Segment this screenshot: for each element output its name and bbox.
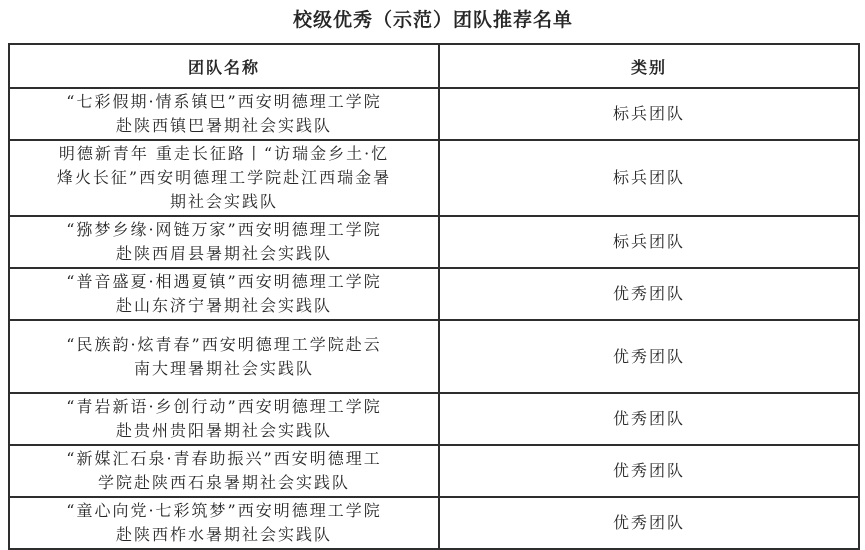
teams-table: 团队名称 类别 “七彩假期·情系镇巴”西安明德理工学院 赴陕西镇巴暑期社会实践队… [8, 43, 860, 550]
category-cell: 优秀团队 [439, 393, 859, 445]
team-name-cell: “七彩假期·情系镇巴”西安明德理工学院 赴陕西镇巴暑期社会实践队 [9, 88, 439, 140]
table-row: 明德新青年 重走长征路丨“访瑞金乡土·忆 烽火长征”西安明德理工学院赴江西瑞金暑… [9, 140, 859, 216]
table-header-row: 团队名称 类别 [9, 44, 859, 88]
team-name-cell: “童心向党·七彩筑梦”西安明德理工学院 赴陕西柞水暑期社会实践队 [9, 497, 439, 549]
category-cell: 标兵团队 [439, 88, 859, 140]
category-cell: 优秀团队 [439, 268, 859, 320]
team-name-cell: “猕梦乡缘·网链万家”西安明德理工学院 赴陕西眉县暑期社会实践队 [9, 216, 439, 268]
team-name-cell: “新媒汇石泉·青春助振兴”西安明德理工 学院赴陕西石泉暑期社会实践队 [9, 445, 439, 497]
category-cell: 优秀团队 [439, 320, 859, 393]
team-name-cell: “青岩新语·乡创行动”西安明德理工学院 赴贵州贵阳暑期社会实践队 [9, 393, 439, 445]
table-row: “青岩新语·乡创行动”西安明德理工学院 赴贵州贵阳暑期社会实践队优秀团队 [9, 393, 859, 445]
table-row: “七彩假期·情系镇巴”西安明德理工学院 赴陕西镇巴暑期社会实践队标兵团队 [9, 88, 859, 140]
team-name-column-header: 团队名称 [9, 44, 439, 88]
team-name-cell: 明德新青年 重走长征路丨“访瑞金乡土·忆 烽火长征”西安明德理工学院赴江西瑞金暑… [9, 140, 439, 216]
category-cell: 优秀团队 [439, 445, 859, 497]
category-column-header: 类别 [439, 44, 859, 88]
table-row: “普音盛夏·相遇夏镇”西安明德理工学院 赴山东济宁暑期社会实践队优秀团队 [9, 268, 859, 320]
table-row: “童心向党·七彩筑梦”西安明德理工学院 赴陕西柞水暑期社会实践队优秀团队 [9, 497, 859, 549]
team-name-cell: “普音盛夏·相遇夏镇”西安明德理工学院 赴山东济宁暑期社会实践队 [9, 268, 439, 320]
category-cell: 标兵团队 [439, 216, 859, 268]
table-row: “民族韵·炫青春”西安明德理工学院赴云 南大理暑期社会实践队优秀团队 [9, 320, 859, 393]
category-cell: 标兵团队 [439, 140, 859, 216]
table-row: “猕梦乡缘·网链万家”西安明德理工学院 赴陕西眉县暑期社会实践队标兵团队 [9, 216, 859, 268]
table-row: “新媒汇石泉·青春助振兴”西安明德理工 学院赴陕西石泉暑期社会实践队优秀团队 [9, 445, 859, 497]
team-name-cell: “民族韵·炫青春”西安明德理工学院赴云 南大理暑期社会实践队 [9, 320, 439, 393]
document-title: 校级优秀（示范）团队推荐名单 [8, 7, 858, 33]
category-cell: 优秀团队 [439, 497, 859, 549]
